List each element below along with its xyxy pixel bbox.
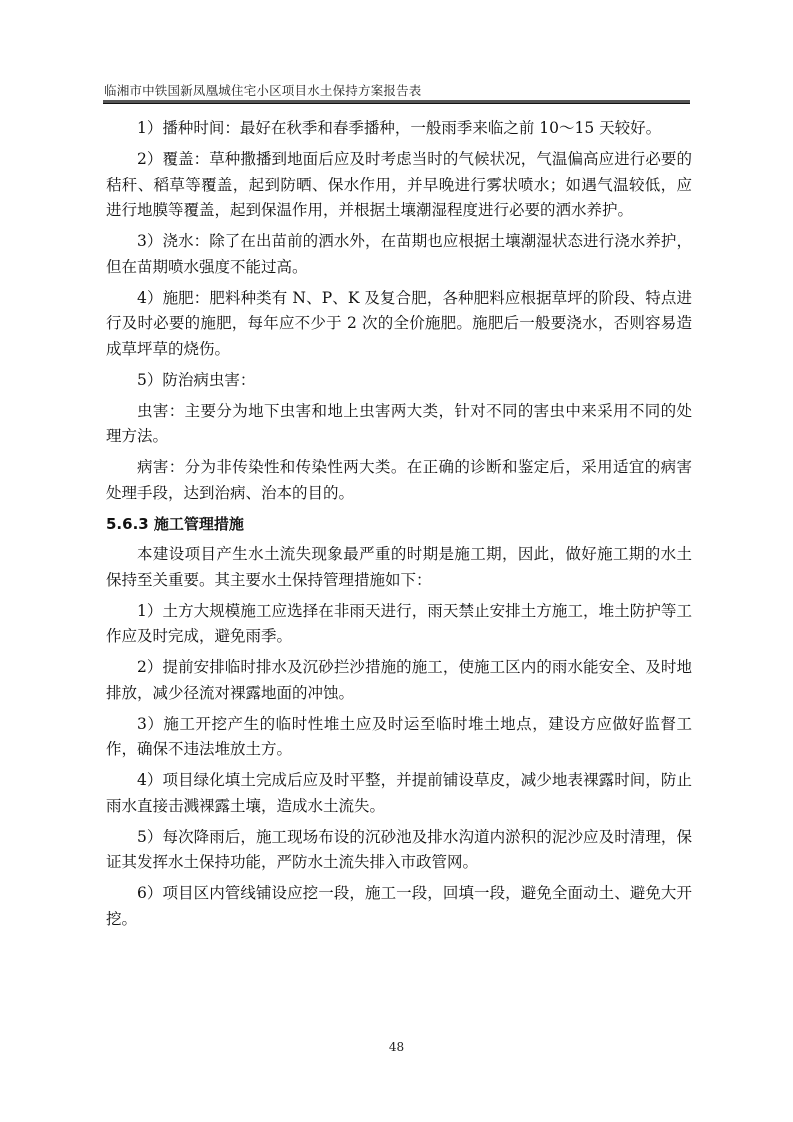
running-header: 临湘市中铁国新凤凰城住宅小区项目水土保持方案报告表 [104, 84, 690, 98]
paragraph-section-intro: 本建设项目产生水土流失现象最严重的时期是施工期，因此，做好施工期的水土保持至关重… [106, 542, 692, 593]
paragraph-fertilizing: 4）施肥：肥料种类有 N、P、K 及复合肥，各种肥料应根据草坪的阶段、特点进行及… [106, 286, 692, 363]
paragraph-sowing-time: 1）播种时间：最好在秋季和春季播种，一般雨季来临之前 10～15 天较好。 [106, 116, 692, 142]
paragraph-measure-1: 1）土方大规模施工应选择在非雨天进行，雨天禁止安排土方施工，堆土防护等工作应及时… [106, 599, 692, 650]
paragraph-measure-3: 3）施工开挖产生的临时性堆土应及时运至临时堆土地点，建设方应做好监督工作，确保不… [106, 712, 692, 763]
paragraph-measure-4: 4）项目绿化填土完成后应及时平整，并提前铺设草皮，减少地表裸露时间，防止雨水直接… [106, 768, 692, 819]
paragraph-covering: 2）覆盖：草种撒播到地面后应及时考虑当时的气候状况，气温偏高应进行必要的秸秆、稻… [106, 147, 692, 224]
paragraph-insect-pests: 虫害：主要分为地下虫害和地上虫害两大类，针对不同的害虫中来采用不同的处理方法。 [106, 399, 692, 450]
header-divider [103, 100, 690, 104]
section-heading: 5.6.3 施工管理措施 [106, 512, 692, 538]
paragraph-diseases: 病害：分为非传染性和传染性两大类。在正确的诊断和鉴定后，采用适宜的病害处理手段，… [106, 455, 692, 506]
document-body: 1）播种时间：最好在秋季和春季播种，一般雨季来临之前 10～15 天较好。 2）… [106, 116, 692, 938]
paragraph-measure-6: 6）项目区内管线铺设应挖一段，施工一段，回填一段，避免全面动土、避免大开挖。 [106, 881, 692, 932]
paragraph-watering: 3）浇水：除了在出苗前的洒水外，在苗期也应根据土壤潮湿状态进行浇水养护，但在苗期… [106, 229, 692, 280]
paragraph-pest-control: 5）防治病虫害： [106, 368, 692, 394]
paragraph-measure-5: 5）每次降雨后，施工现场布设的沉砂池及排水沟道内淤积的泥沙应及时清理，保证其发挥… [106, 825, 692, 876]
page-number: 48 [0, 1040, 793, 1054]
paragraph-measure-2: 2）提前安排临时排水及沉砂拦沙措施的施工，使施工区内的雨水能安全、及时地排放，减… [106, 655, 692, 706]
